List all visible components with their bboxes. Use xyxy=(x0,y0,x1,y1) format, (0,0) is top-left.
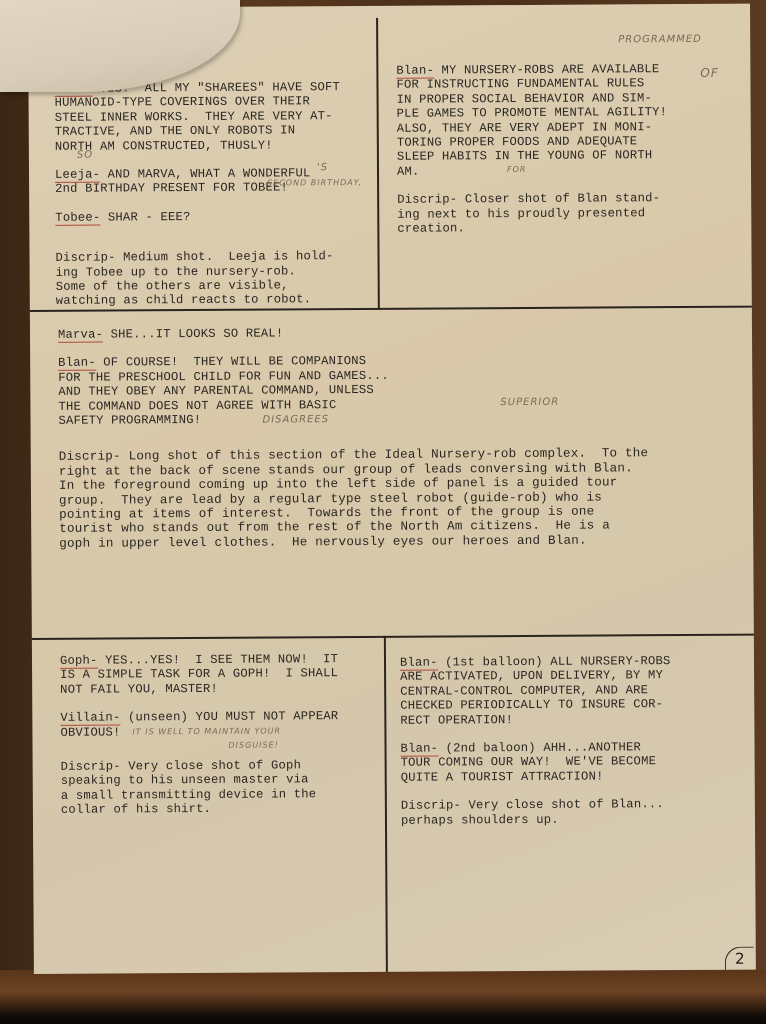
dialogue-text: OF COURSE! THEY WILL BE COMPANIONS FOR T… xyxy=(58,354,389,428)
description-block: Discrip- Long shot of this section of th… xyxy=(59,446,740,551)
dialogue-text: SHE...IT LOOKS SO REAL! xyxy=(103,326,283,341)
divider-horizontal-2 xyxy=(32,634,754,640)
dialogue-block: Marva- SHE...IT LOOKS SO REAL! xyxy=(58,324,738,343)
handwritten-note: IT IS WELL TO MAINTAIN YOUR xyxy=(132,726,281,736)
description-text: Discrip- Closer shot of Blan stand- ing … xyxy=(397,191,660,235)
description-block: Discrip- Very close shot of Blan... perh… xyxy=(401,797,741,828)
dialogue-block: Blan- MY NURSERY-ROBS ARE AVAILABLE FOR … xyxy=(396,62,737,179)
handwritten-note: DISAGREES xyxy=(262,414,329,425)
description-text: Discrip- Very close shot of Blan... perh… xyxy=(401,797,664,827)
panel-2: Blan- MY NURSERY-ROBS ARE AVAILABLE FOR … xyxy=(396,62,737,251)
divider-vertical-top xyxy=(376,18,379,310)
description-text: Discrip- Long shot of this section of th… xyxy=(59,447,649,551)
speaker-label: Blan- xyxy=(400,656,438,671)
page-number: 2 xyxy=(725,947,754,970)
dialogue-text: YES...YES! I SEE THEM NOW! IT IS A SIMPL… xyxy=(60,652,338,697)
dialogue-block: Blan- (2nd baloon) AHH...ANOTHER TOUR CO… xyxy=(400,740,740,785)
description-block: Discrip- Medium shot. Leeja is hold- ing… xyxy=(55,249,375,309)
speaker-label: Leeja- xyxy=(55,168,100,183)
handwritten-note: DISGUISE! xyxy=(228,740,278,749)
handwritten-note: PROGRAMMED xyxy=(618,34,702,46)
handwritten-note: OF xyxy=(700,66,718,80)
description-text: Discrip- Very close shot of Goph speakin… xyxy=(61,758,317,817)
dialogue-block: Goph- YES...YES! I SEE THEM NOW! IT IS A… xyxy=(60,652,380,697)
speaker-label: Blan- xyxy=(58,356,96,371)
script-page: Blan- YES! ALL MY "SHAREES" HAVE SOFT HU… xyxy=(28,4,756,974)
handwritten-note: 'S xyxy=(317,162,328,173)
speaker-label: Tobee- xyxy=(55,210,100,225)
divider-vertical-bottom xyxy=(384,636,388,972)
dialogue-block: Blan- OF COURSE! THEY WILL BE COMPANIONS… xyxy=(58,352,738,428)
dialogue-text: SHAR - EEE? xyxy=(100,210,190,225)
dialogue-text: (2nd baloon) AHH...ANOTHER TOUR COMING O… xyxy=(401,740,657,784)
speaker-label: Blan- xyxy=(396,64,434,79)
description-block: Discrip- Very close shot of Goph speakin… xyxy=(61,758,381,818)
speaker-label: Blan- xyxy=(400,742,438,757)
dialogue-block: Tobee- SHAR - EEE? xyxy=(55,209,375,225)
speaker-label: Villain- xyxy=(60,711,120,726)
panel-3: Marva- SHE...IT LOOKS SO REAL! Blan- OF … xyxy=(58,324,739,565)
panel-1: Blan- YES! ALL MY "SHAREES" HAVE SOFT HU… xyxy=(54,80,375,323)
handwritten-note: SECOND BIRTHDAY, xyxy=(267,178,362,188)
description-text: Discrip- Medium shot. Leeja is hold- ing… xyxy=(55,249,333,308)
speaker-label: Marva- xyxy=(58,328,103,343)
handwritten-note: FOR xyxy=(507,165,527,174)
dialogue-block: Blan- (1st balloon) ALL NURSERY-ROBS ARE… xyxy=(400,654,740,728)
description-block: Discrip- Closer shot of Blan stand- ing … xyxy=(397,191,737,236)
panel-5: Blan- (1st balloon) ALL NURSERY-ROBS ARE… xyxy=(400,654,741,842)
panel-4: Goph- YES...YES! I SEE THEM NOW! IT IS A… xyxy=(60,652,381,832)
dialogue-text: (1st balloon) ALL NURSERY-ROBS ARE ACTIV… xyxy=(400,654,671,727)
handwritten-note: SO xyxy=(77,150,93,161)
wooden-table-edge xyxy=(0,970,766,1024)
handwritten-note: SUPERIOR xyxy=(500,397,559,408)
speaker-label: Goph- xyxy=(60,654,98,669)
dialogue-text: MY NURSERY-ROBS ARE AVAILABLE FOR INSTRU… xyxy=(396,62,667,178)
